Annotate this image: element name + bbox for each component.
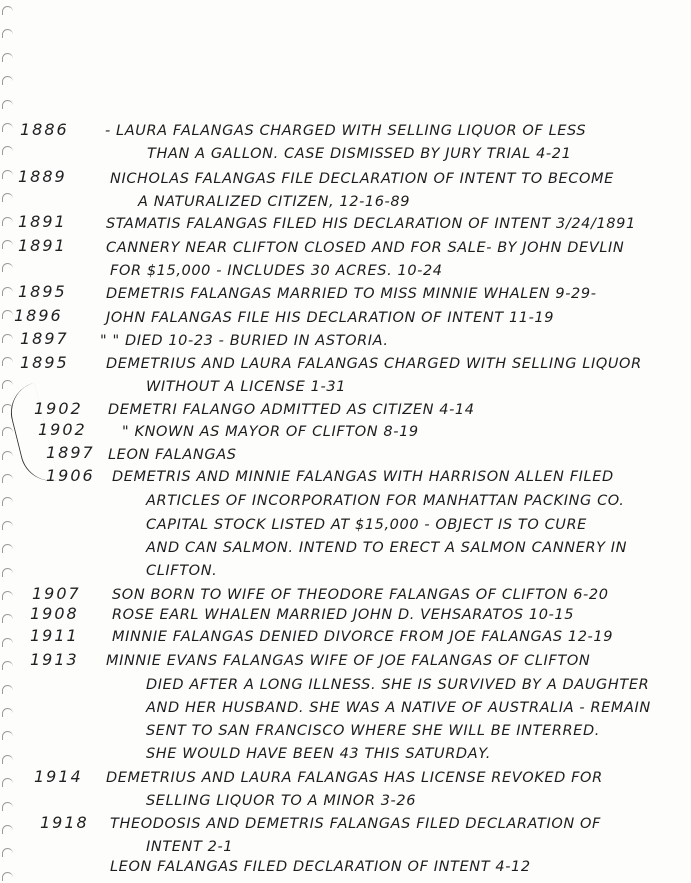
entry-year: 1913 bbox=[30, 650, 79, 669]
entry-line: and her husband. She was a native of Aus… bbox=[146, 700, 651, 716]
entry-line: She would have been 43 this Saturday. bbox=[146, 746, 491, 762]
entry-line: Demetri Falango admitted as citizen 4-14 bbox=[108, 402, 475, 418]
entry-line: a Naturalized Citizen, 12-16-89 bbox=[138, 194, 410, 210]
entry-line: Leon Falangas bbox=[108, 447, 237, 463]
entry-line: Articles of Incorporation for Manhattan … bbox=[146, 493, 624, 509]
entry-year: 1895 bbox=[18, 282, 67, 301]
entry-line: selling liquor to a minor 3-26 bbox=[146, 793, 416, 809]
entry-line: Stamatis Falangas filed his Declaration … bbox=[106, 216, 636, 232]
entry-year: 1906 bbox=[46, 466, 95, 485]
entry-line: John Falangas file his Declaration of In… bbox=[106, 310, 554, 326]
entry-line: sent to San Francisco where she will be … bbox=[146, 723, 600, 739]
entry-line: " " Died 10-23 - Buried in Astoria. bbox=[100, 333, 389, 349]
entry-line: Demetris Falangas married to Miss Minnie… bbox=[106, 286, 597, 302]
entry-line: Rose Earl Whalen married John D. Vehsara… bbox=[112, 607, 574, 623]
entry-year: 1896 bbox=[14, 306, 63, 325]
entry-line: Nicholas Falangas file Declaration of In… bbox=[110, 171, 614, 187]
entry-line: " Known as Mayor of Clifton 8-19 bbox=[122, 424, 419, 440]
entry-year: 1886 bbox=[20, 120, 69, 139]
entry-year: 1895 bbox=[20, 353, 69, 372]
entry-line: Demetrius and Laura Falangas has license… bbox=[106, 770, 603, 786]
entry-line: without a license 1-31 bbox=[146, 379, 346, 395]
entry-year: 1902 bbox=[38, 420, 87, 439]
entry-line: - Laura Falangas charged with selling li… bbox=[105, 123, 586, 139]
entry-year: 1897 bbox=[46, 443, 95, 462]
entry-year: 1908 bbox=[30, 604, 79, 623]
entry-year: 1911 bbox=[30, 626, 79, 645]
entry-year: 1907 bbox=[32, 584, 81, 603]
entry-year: 1914 bbox=[34, 767, 83, 786]
entry-line: Demetrius and Laura Falangas charged wit… bbox=[106, 356, 642, 372]
entry-line: Minnie Falangas denied divorce from Joe … bbox=[112, 629, 613, 645]
entry-line: Intent 2-1 bbox=[146, 839, 233, 855]
entry-year: 1902 bbox=[34, 399, 83, 418]
entry-line: Capital Stock listed at $15,000 - Object… bbox=[146, 517, 587, 533]
entry-line: Cannery near Clifton closed and for sale… bbox=[106, 240, 624, 256]
entry-line: Leon Falangas filed Declaration of Inten… bbox=[110, 859, 531, 875]
entry-year: 1891 bbox=[18, 212, 67, 231]
entry-line: Son born to wife of Theodore Falangas of… bbox=[112, 587, 609, 603]
entry-line: Minnie Evans Falangas wife of Joe Falang… bbox=[106, 653, 590, 669]
entry-year: 1889 bbox=[18, 167, 67, 186]
entry-line: than a gallon. Case dismissed by jury tr… bbox=[147, 146, 571, 162]
entry-year: 1897 bbox=[20, 329, 69, 348]
entry-line: Theodosis and Demetris Falangas filed De… bbox=[110, 816, 601, 832]
entry-line: Demetris and Minnie Falangas with Harris… bbox=[112, 469, 614, 485]
entry-line: died after a long illness. She is surviv… bbox=[146, 677, 649, 693]
entry-year: 1918 bbox=[40, 813, 89, 832]
entry-line: Clifton. bbox=[146, 563, 217, 579]
entry-year: 1891 bbox=[18, 236, 67, 255]
entry-line: and can salmon. Intend to erect a salmon… bbox=[146, 540, 627, 556]
entry-line: for $15,000 - includes 30 acres. 10-24 bbox=[110, 263, 443, 279]
notebook-page: 1886 - Laura Falangas charged with selli… bbox=[0, 0, 691, 883]
